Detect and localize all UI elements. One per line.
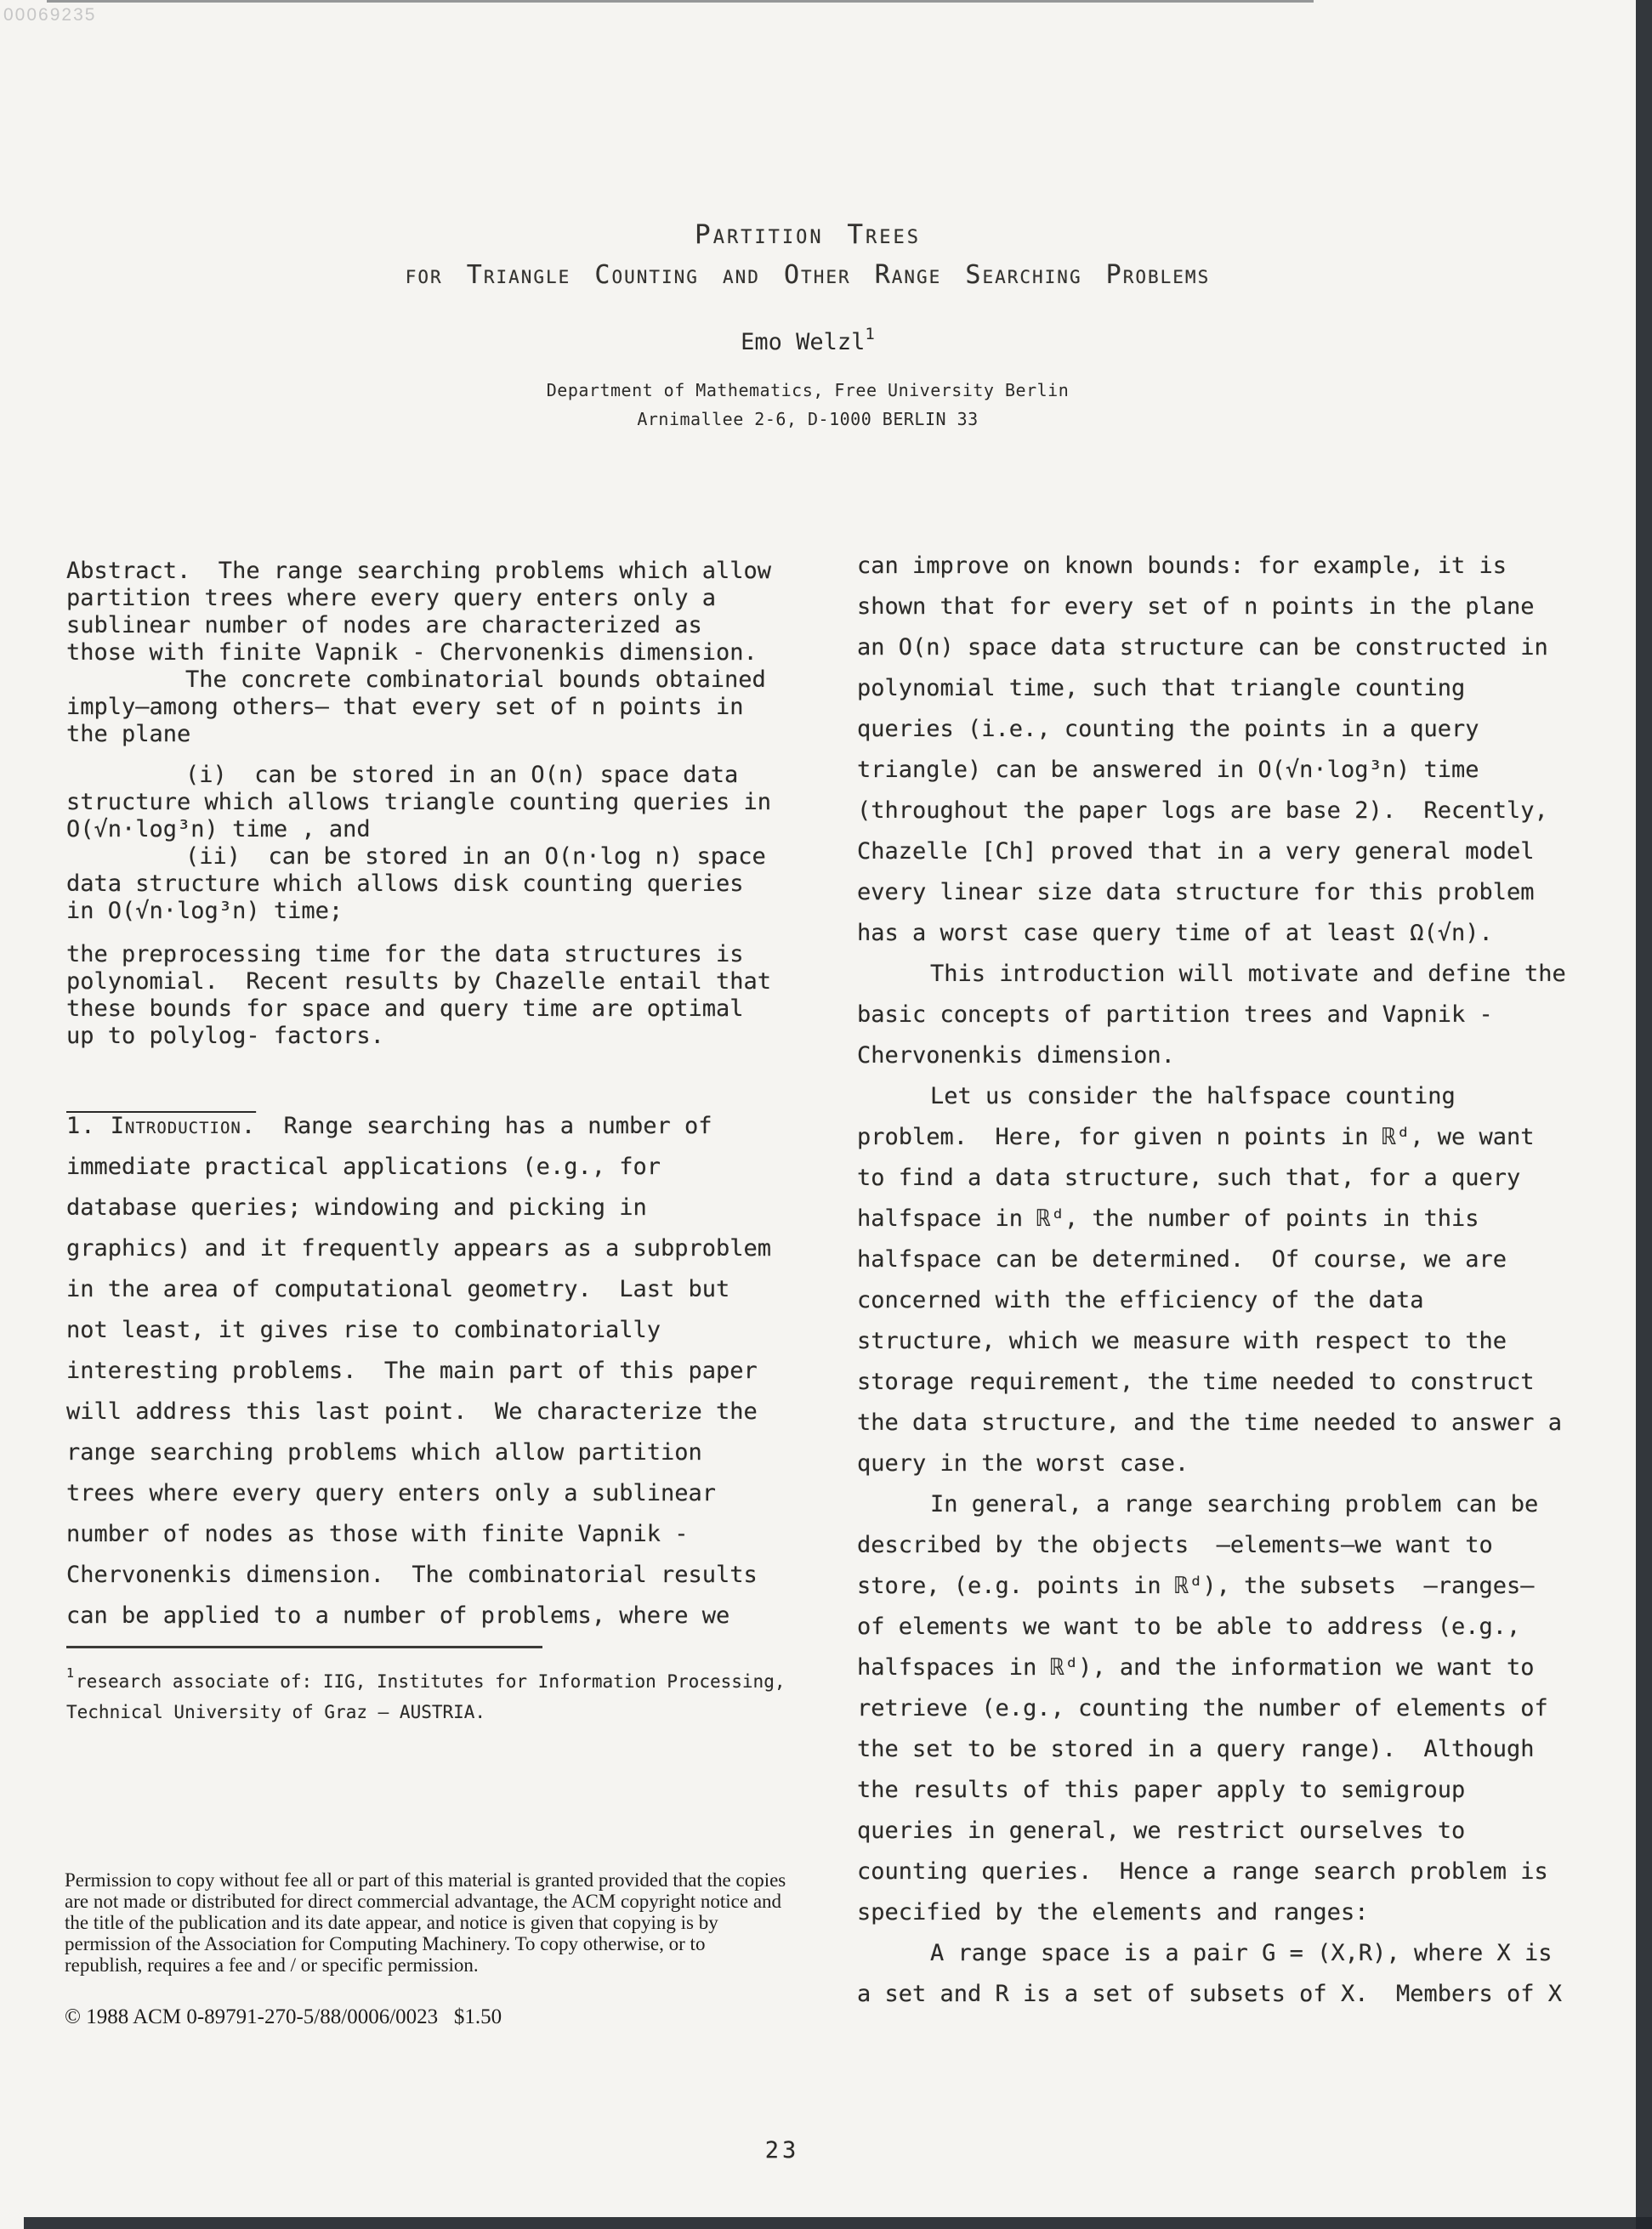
abstract-item-i: (i) can be stored in an O(n) space data … xyxy=(66,762,777,843)
left-column-introduction: 1. Introduction. Range searching has a n… xyxy=(66,1106,777,1636)
footnote-rule xyxy=(66,1646,542,1648)
right-column: can improve on known bounds: for example… xyxy=(857,546,1568,2015)
affiliation-department: Department of Mathematics, Free Universi… xyxy=(51,380,1564,400)
abstract-paragraph-3: the preprocessing time for the data stru… xyxy=(66,941,777,1050)
right-paragraph-5: A range space is a pair G = (X,R), where… xyxy=(857,1933,1568,2015)
scanned-paper-page: 00069235 Partition Trees for Triangle Co… xyxy=(0,0,1652,2229)
affiliation-address: Arnimallee 2-6, D-1000 BERLIN 33 xyxy=(51,409,1564,429)
author-name: Emo Welzl xyxy=(741,329,865,355)
author-footnote-mark: 1 xyxy=(865,325,874,343)
scan-serial-number: 00069235 xyxy=(3,5,96,26)
copyright-line: © 1988 ACM 0-89791-270-5/88/0006/0023 $1… xyxy=(65,2005,830,2029)
abstract-paragraph-2: The concrete combinatorial bounds obtain… xyxy=(66,666,777,748)
abstract-paragraph-1: Abstract. The range searching problems w… xyxy=(66,558,777,666)
right-paragraph-3: Let us consider the halfspace counting p… xyxy=(857,1076,1568,1484)
footnote-text: research associate of: IIG, Institutes f… xyxy=(66,1671,796,1722)
right-paragraph-2: This introduction will motivate and defi… xyxy=(857,954,1568,1076)
paper-title-line2: for Triangle Counting and Other Range Se… xyxy=(51,260,1564,290)
right-paragraph-1: can improve on known bounds: for example… xyxy=(857,546,1568,954)
abstract-item-ii: (ii) can be stored in an O(n·log n) spac… xyxy=(66,843,777,925)
right-paragraph-4: In general, a range searching problem ca… xyxy=(857,1484,1568,1933)
paper-title-line1: Partition Trees xyxy=(51,219,1564,250)
author-line: Emo Welzl1 xyxy=(51,326,1564,355)
scan-edge-right xyxy=(1636,0,1652,2229)
page-number: 23 xyxy=(723,2137,842,2164)
scan-edge-bottom xyxy=(24,2217,1652,2229)
footnote: 1research associate of: IIG, Institutes … xyxy=(66,1661,806,1727)
section-heading-introduction: 1. Introduction. xyxy=(66,1113,256,1139)
introduction-text: Range searching has a number of immediat… xyxy=(66,1113,785,1629)
footnote-mark: 1 xyxy=(66,1665,74,1681)
introduction-paragraph: 1. Introduction. Range searching has a n… xyxy=(66,1106,777,1636)
left-column-abstract: Abstract. The range searching problems w… xyxy=(66,558,777,1050)
scan-edge-top xyxy=(47,0,1314,3)
acm-permission-notice: Permission to copy without fee all or pa… xyxy=(65,1869,787,1976)
